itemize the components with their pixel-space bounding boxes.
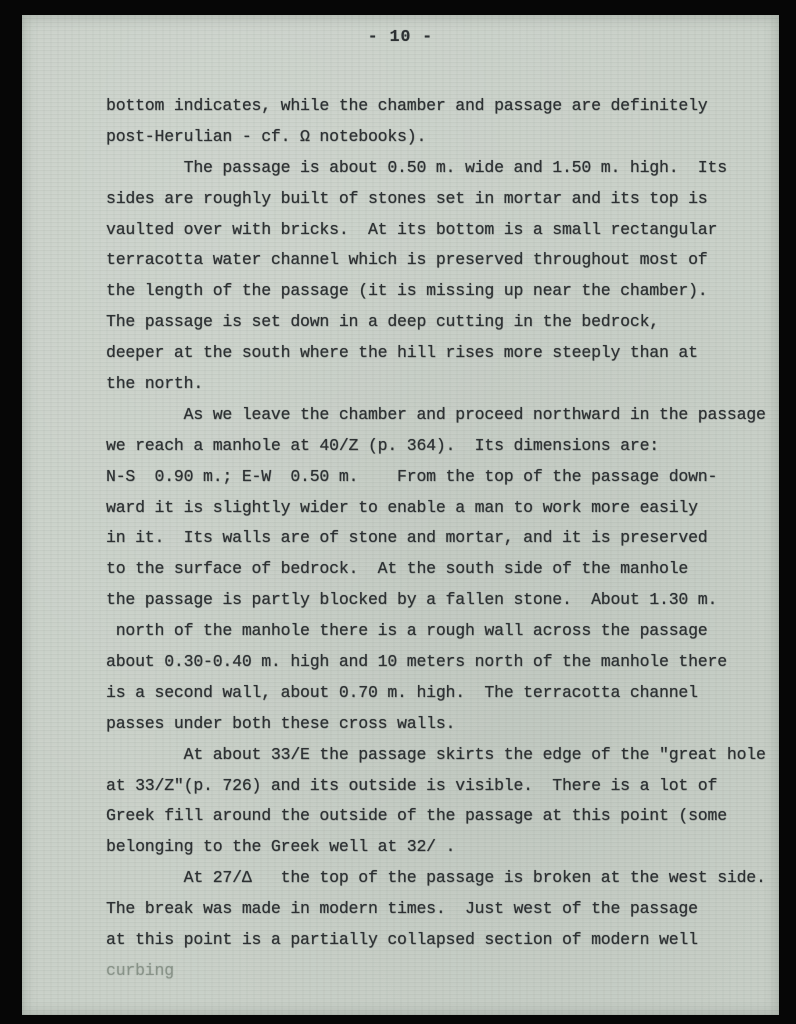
text-line: passes under both these cross walls. [106,709,767,740]
text-line: the north. [106,369,767,400]
text-line: north of the manhole there is a rough wa… [106,616,767,647]
text-line: bottom indicates, while the chamber and … [106,91,767,122]
text-line: the passage is partly blocked by a falle… [106,585,767,616]
document-page: - 10 - bottom indicates, while the chamb… [22,15,779,1015]
text-line: Greek fill around the outside of the pas… [106,801,767,832]
text-line: post-Herulian - cf. Ω notebooks). [106,122,767,153]
typewritten-text-body: bottom indicates, while the chamber and … [106,91,767,987]
text-line: ward it is slightly wider to enable a ma… [106,493,767,524]
text-line: The passage is set down in a deep cuttin… [106,307,767,338]
text-line: in it. Its walls are of stone and mortar… [106,523,767,554]
text-line: at this point is a partially collapsed s… [106,925,767,956]
text-line: the length of the passage (it is missing… [106,276,767,307]
page-number: - 10 - [22,27,779,46]
scanned-document: - 10 - bottom indicates, while the chamb… [0,0,796,1024]
text-line: terracotta water channel which is preser… [106,245,767,276]
text-line: is a second wall, about 0.70 m. high. Th… [106,678,767,709]
text-line: At about 33/E the passage skirts the edg… [106,740,767,771]
text-line: The passage is about 0.50 m. wide and 1.… [106,153,767,184]
text-line: As we leave the chamber and proceed nort… [106,400,767,431]
text-line: At 27/Δ the top of the passage is broken… [106,863,767,894]
text-line: we reach a manhole at 40/Z (p. 364). Its… [106,431,767,462]
text-line: N-S 0.90 m.; E-W 0.50 m. From the top of… [106,462,767,493]
text-line: vaulted over with bricks. At its bottom … [106,215,767,246]
text-line: about 0.30-0.40 m. high and 10 meters no… [106,647,767,678]
text-line: sides are roughly built of stones set in… [106,184,767,215]
text-line: curbing [106,956,767,987]
text-line: at 33/Z"(p. 726) and its outside is visi… [106,771,767,802]
text-line: to the surface of bedrock. At the south … [106,554,767,585]
text-line: deeper at the south where the hill rises… [106,338,767,369]
text-line: belonging to the Greek well at 32/ . [106,832,767,863]
text-line: The break was made in modern times. Just… [106,894,767,925]
